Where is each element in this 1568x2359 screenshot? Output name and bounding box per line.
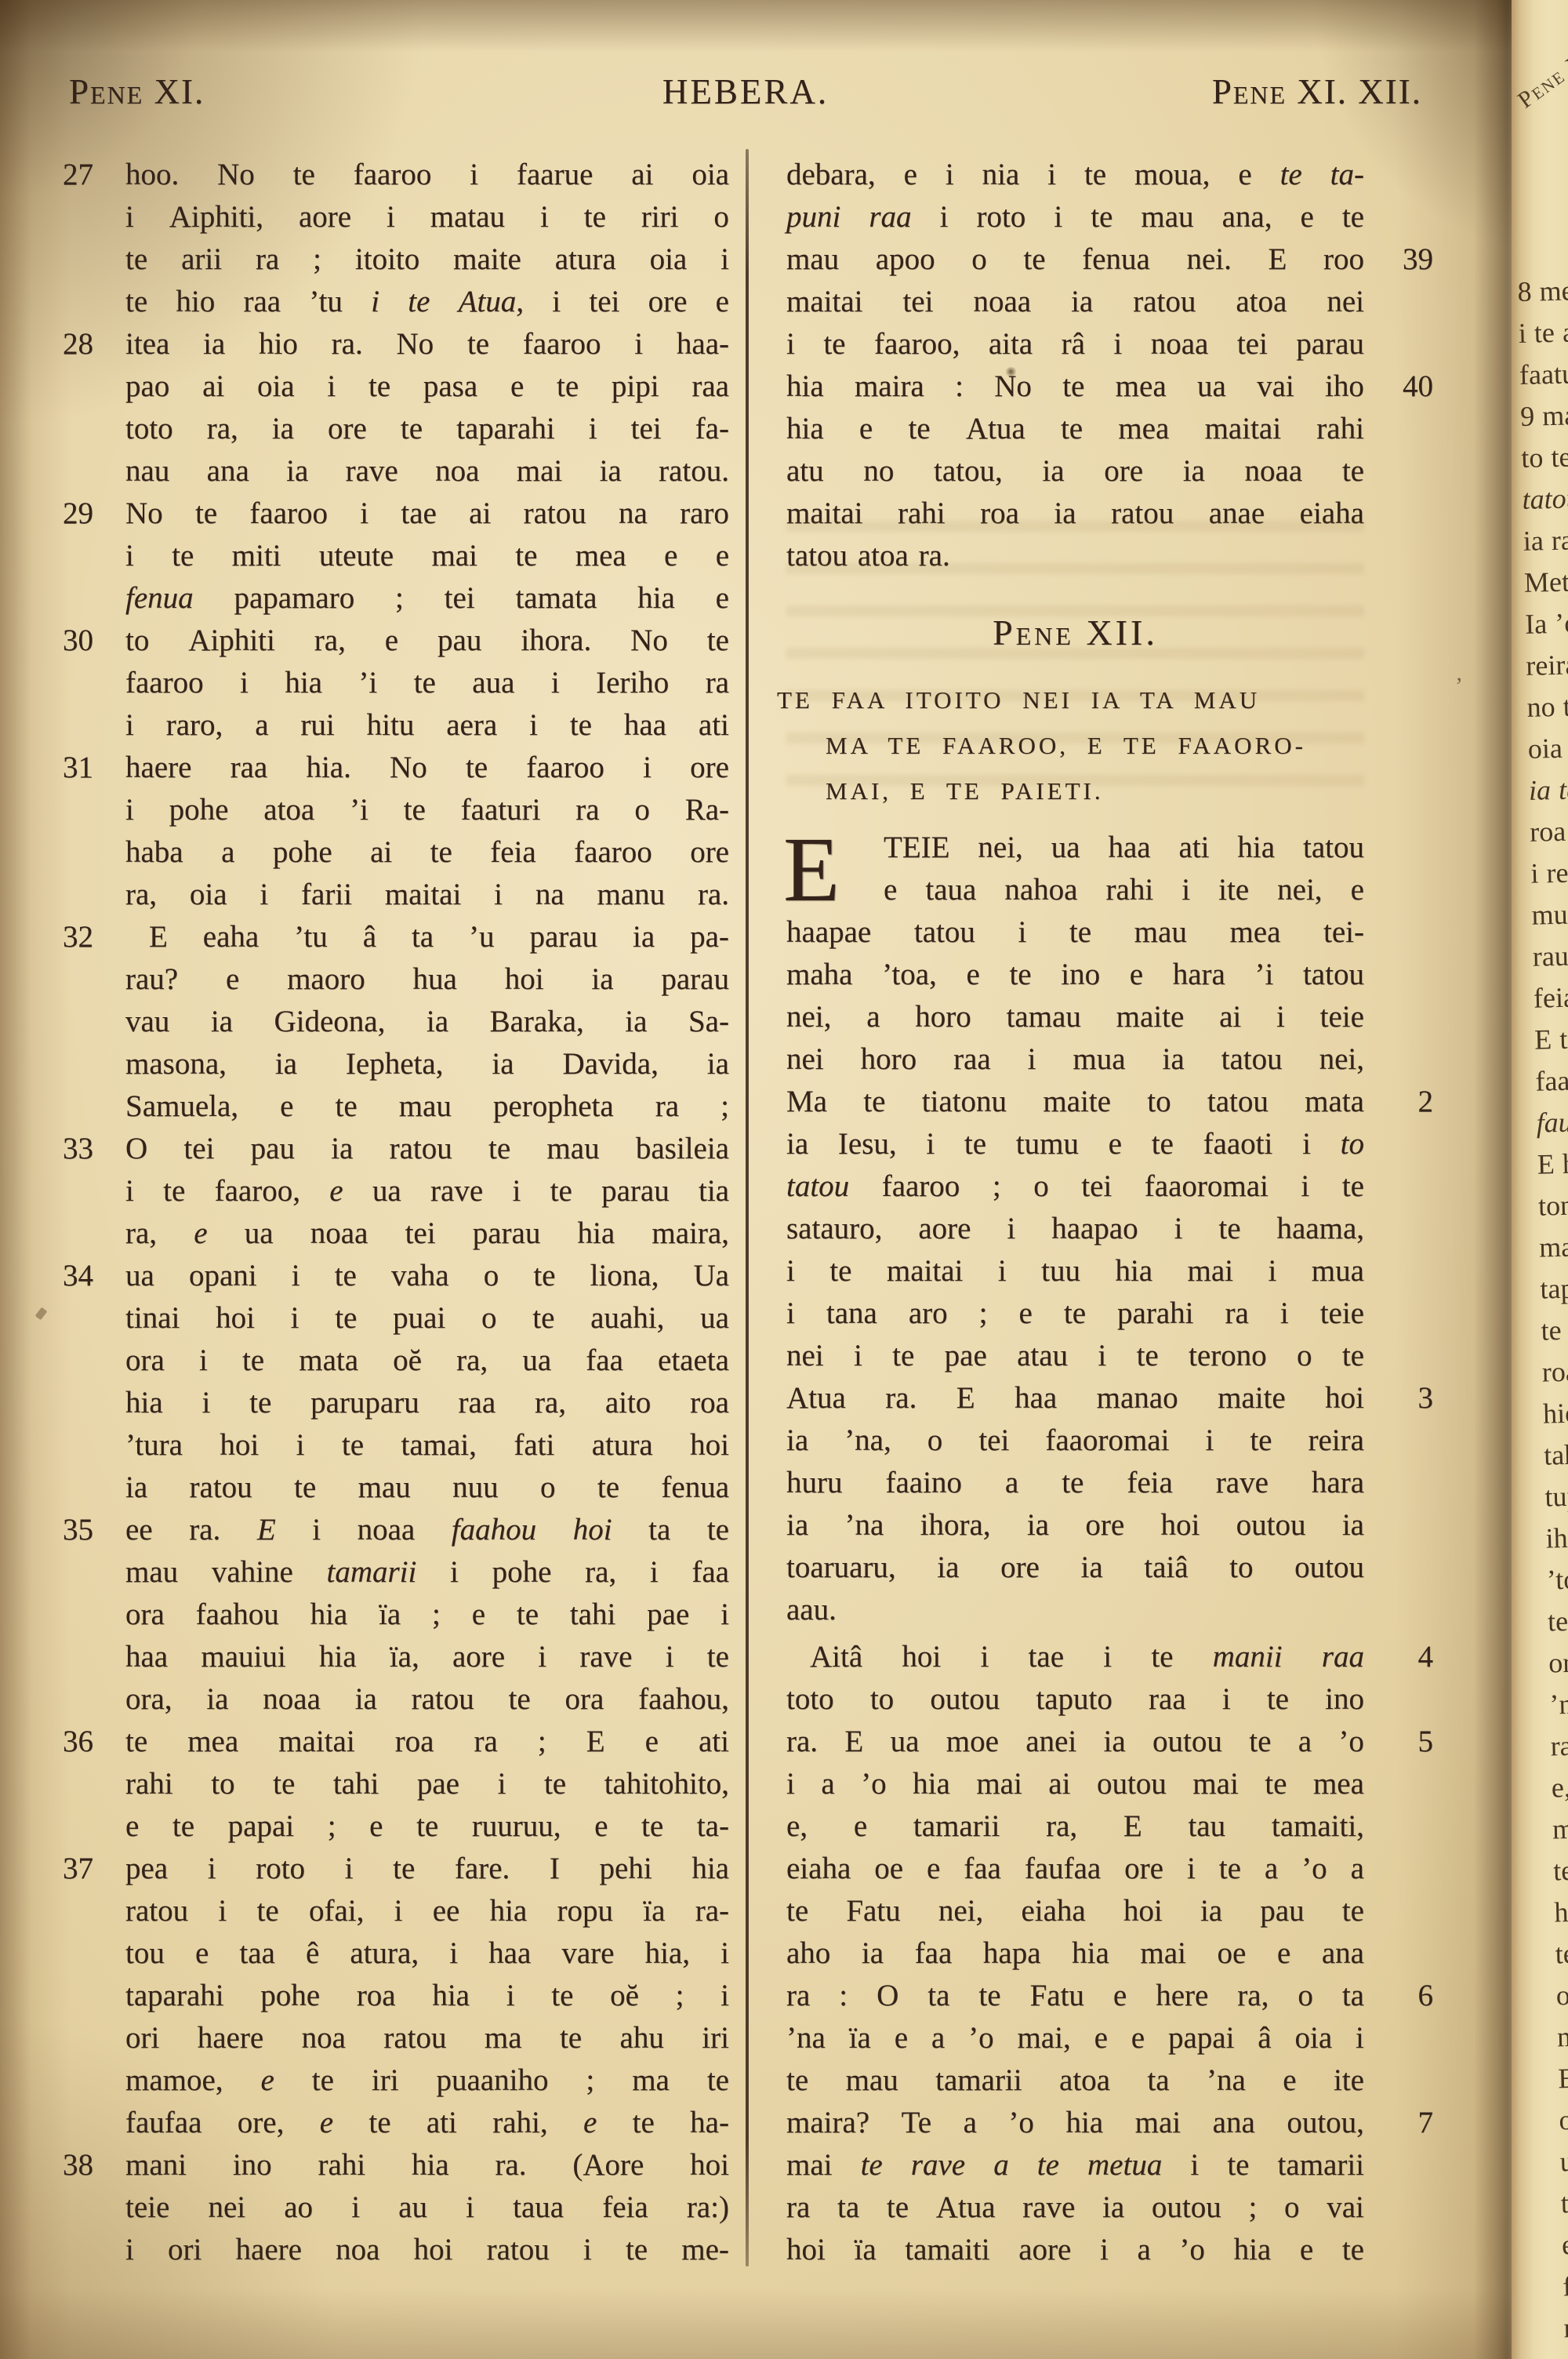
text-line: 33Oteipauiaratoutemaubasileia [125,1128,729,1170]
adjacent-page-text-fragments: 8metuaitea’faaturi9mau.totetatou,iarahiM… [1517,267,1568,2349]
text-line: itefaaroo,aitarâinoaateiparau [786,323,1364,365]
page-fragment-line: hapar [1554,1888,1568,1934]
page-fragment-line: iarahi [1523,517,1568,562]
text-line: 4Aitâhoiitaeitemaniiraa [786,1636,1364,1678]
text-line: hiaeteAtuatemeamaitairahi [786,408,1364,450]
text-line: 37peairotoitefare.Ipehihia [125,1848,729,1890]
text-line: totora,iaoretetaparahiiteifa- [125,408,729,450]
page-fragment-line: ore,ma [1548,1639,1568,1685]
text-line: 34uaopaniitevahaoteliona,Ua [125,1255,729,1297]
text-line: orihaerenoaratoumateahuiri [125,2017,729,2059]
text-line: debara,einiaitemoua,eteta- [786,154,1364,196]
text-line: temautamariiatoata’naeite [786,2059,1364,2102]
verse-number: 3 [1418,1377,1434,1419]
text-line: Samuela,etemauperophetara; [125,1085,729,1128]
text-line: itefaaroo,euaraveiteparautia [125,1170,729,1212]
text-line: ipoheatoa’itefaaturiraoRa- [125,789,729,831]
page-fragment-line: itea’ [1518,309,1568,354]
verse-number: 27 [63,154,93,196]
text-line: puniraairotoitemauana,ete [786,196,1364,238]
page-fragment-line: Eter [1534,1016,1568,1061]
column-divider-rule [746,149,749,2266]
text-line: toaruaru,iaoreiataiâtooutou [786,1547,1364,1589]
text-line: ia’ohiamaiaioutoumaitemea [786,1763,1364,1805]
second-paragraph: 4Aitâhoiitaeitemaniiraatototooutoutaputo… [786,1636,1364,2271]
text-line: ratateAtuaraveiaoutou;ovai [786,2186,1364,2229]
text-line: 30toAiphitira,epauihora.Note [125,620,729,662]
verse-number: 39 [1403,238,1433,281]
text-line: ra,oiaifariimaitaiinamanura. [125,874,729,916]
page-fragment-line: muria [1552,1805,1568,1851]
text-line: aau. [786,1589,1364,1631]
text-line: teariira;itoitomaiteaturaoiai [125,238,729,281]
verse-number: 38 [63,2144,93,2186]
text-line: 29Notefaarooitaeairatounararo [125,493,729,535]
text-line: ia’na,oteifaaoromaiitereira [786,1419,1364,1462]
page-fragment-line: muriae [1531,891,1568,936]
text-line: iraro,aruihituaeraitehaaati [125,704,729,747]
text-line: maitaiteinoaaiaratouatoanei [786,281,1364,323]
text-line: ’turahoiitetamai,fatiaturahoi [125,1424,729,1467]
page-fragment-line: roahoi [1530,808,1568,853]
text-line: 27hoo.Notefaarooifaarueaioia [125,154,729,196]
text-line: ia’naihora,iaorehoioutouia [786,1504,1364,1547]
text-line: 38maniinorahihiara.(Aorehoi [125,2144,729,2186]
page-fragment-line: tahiite [1544,1431,1568,1477]
page-fragment-line: tupun [1544,1473,1568,1518]
verse-number: 2 [1418,1081,1434,1123]
verse-number: 28 [63,323,93,365]
text-line: tinaihoiitepuaioteauahi,ua [125,1297,729,1339]
page-fragment-line: roaïae [1541,1348,1568,1394]
page-fragment-line: 9mau. [1520,392,1568,438]
page-fragment-line: Eere [1558,2055,1568,2100]
chapter-opening-paragraph: E TEIEnei,uahaaatihiatatouetauanahoarahi… [786,827,1364,1631]
page-fragment-line: feiaih [1533,974,1568,1020]
text-line: rahitotetahipaeitetahitohito, [125,1763,729,1805]
page-fragment-line: uara, [1559,2138,1568,2183]
page-fragment-line: mata. [1557,2013,1568,2059]
page-fragment-line: rautia [1532,932,1568,978]
text-line: 32Eeaha’tuâta’uparauiapa- [125,916,729,958]
text-line: hoiïatamaitiaoreia’ohiaete [786,2229,1364,2271]
page-fragment-line: oiaiaf [1527,725,1568,770]
verse-number: 37 [63,1848,93,1890]
text-line: ahoiafaahapahiamaioeeana [786,1932,1364,1975]
text-line: haamauiuihiaïa,aoreiraveite [125,1636,729,1678]
verse-number: 5 [1418,1721,1434,1763]
page-fragment-line: faueta [1536,1099,1568,1144]
text-line: 7maira?Tea’ohiamaianaoutou, [786,2102,1364,2144]
page-fragment-line: tote [1521,434,1568,479]
text-line: paoaioiaitepasaetepipiraa [125,365,729,408]
text-line: habaapoheaitefeiafaarooore [125,831,729,874]
page-fragment-line: feiaif [1563,2263,1568,2308]
page-fragment-line: tonava [1537,1182,1568,1227]
text-line: itemitiuteutemaitemeaee [125,535,729,577]
verse-number: 4 [1418,1636,1434,1678]
text-line: vauiaGideona,iaBaraka,iaSa- [125,1001,729,1043]
adjacent-page-header-fragment: Pene XI [1513,42,1568,114]
text-line: orafaahouhiaïa;etetahipaei [125,1594,729,1636]
verse-number: 30 [63,620,93,662]
page-fragment-line: oiaite [1555,1972,1568,2017]
page-fragment-line: Metua [1523,558,1568,604]
text-line: hiaiteparuparuraara,aitoroa [125,1382,729,1424]
page-fragment-line: ireira [1530,849,1568,895]
page-fragment-line: faaturi [1519,351,1568,396]
text-line: nei,ahorotamaumaiteaiiteie [786,996,1364,1038]
verse-number: 36 [63,1721,93,1763]
page-fragment-line: roaïa [1563,2304,1568,2350]
text-line: iorihaerenoahoiratouiteme- [125,2229,729,2271]
text-line: etepapai;eteruuruu,eteta- [125,1805,729,1848]
adjacent-page-edge: Pene XI 8metuaitea’faaturi9mau.totetatou… [1512,0,1568,2359]
running-head-right: Pene XI. XII. [1212,67,1422,116]
text-line: faufaaore,eteatirahi,eteha- [125,2102,729,2144]
verse-number: 6 [1418,1975,1434,2017]
verse-number: 29 [63,493,93,535]
text-line: 39mauapoootefenuanei.Eroo [786,238,1364,281]
page-fragment-line: teiteat [1555,1930,1568,1976]
text-line: faarooihia’iteauaiIerihora [125,662,729,704]
stray-apostrophe-mark: ’ [1455,673,1463,700]
text-line: 6ra:OtateFatueherera,ota [786,1975,1364,2017]
text-line: etauanahoarahiiitenei,e [786,869,1364,911]
text-line: 31haereraahia.Notefaarooiore [125,747,729,789]
text-line: itanaaro;eteparahiraiteie [786,1292,1364,1335]
text-line: masona,iaIepheta,iaDavida,ia [125,1043,729,1085]
page-fragment-line: eteha [1562,2221,1568,2266]
page-fragment-line: tehia [1553,1847,1568,1892]
text-line: 28iteaiahiora.Notefaarooihaa- [125,323,729,365]
page-fragment-line: 8metua [1517,267,1568,313]
margin-mark [35,1307,48,1321]
text-line: teieneiaoiauitauafeiara:) [125,2186,729,2229]
text-line: tehioraa’tuiteAtua,iteioree [125,281,729,323]
text-line: ratouiteofai,ieehiaropuïara- [125,1890,729,1932]
running-head: Pene XI. HEBERA. Pene XI. XII. [69,67,1422,116]
page-fragment-line: temait [1541,1307,1568,1352]
text-line: teFatunei,eiahahoiiapaute [786,1890,1364,1932]
page-fragment-line: maoia [1539,1223,1568,1269]
text-line: eiahaoeefaafaufaaoreitea’oa [786,1848,1364,1890]
text-line: 35eera.Einoaafaahouhoitate [125,1509,729,1551]
text-line: e,etamariira,Etautamaiti, [786,1805,1364,1848]
page-fragment-line: tetahi [1547,1598,1568,1643]
text-line: neiitepaeatauiteteronoote [786,1335,1364,1377]
scanned-book-page: Pene XI. HEBERA. Pene XI. XII. 27hoo.Not… [0,0,1568,2359]
text-line: oraitemataoĕra,uafaaetaeta [125,1339,729,1382]
text-line: tatoufaaroo;oteifaaoromaiite [786,1165,1364,1208]
left-column-lines: 27hoo.NotefaarooifaarueaioiaiAiphiti,aor… [125,154,729,2271]
page-fragment-line: ’narat [1549,1681,1568,1726]
text-line: iAiphiti,aoreimatauiteririo [125,196,729,238]
text-line: mamoe,eteiripuaaniho;mate [125,2059,729,2102]
text-line: tototooutoutaputoraaiteino [786,1678,1364,1721]
text-line: TEIEnei,uahaaatihiatatou [786,827,1364,869]
page-fragment-line: tapiite [1540,1265,1568,1310]
text-line: hurufaainoatefeiaravehara [786,1462,1364,1504]
text-line: atunotatou,iaoreianoaate [786,450,1364,493]
text-line: ora,ianoaaiaratouteorafaahou, [125,1678,729,1721]
text-line: maha’toa,eteinoehara’itatou [786,954,1364,996]
text-line: 40hiamaira:Notemeauavaiiho [786,365,1364,408]
text-line: 2Matetiatonumaitetotatoumata [786,1081,1364,1123]
text-line: fenuapapamaro;teitamatahiae [125,577,729,620]
page-fragment-line: raamaa [1550,1722,1568,1768]
page-fragment-line: reirar [1526,642,1568,687]
text-line: ra,euanoaateiparauhiamaira, [125,1212,729,1255]
text-line: satauro,aoreihaapaoitehaama, [786,1208,1364,1250]
page-fragment-line: tatou, [1522,475,1568,521]
ink-spot-blemish [1005,367,1017,376]
verse-number: 31 [63,747,93,789]
page-fragment-line: hioma [1542,1390,1568,1435]
page-fragment-line: iatato [1528,766,1568,812]
text-line: 5ra.Euamoeaneiiaoutoutea’o [786,1721,1364,1763]
text-line: mauvahinetamariiipohera,ifaa [125,1551,729,1594]
verse-number: 40 [1403,365,1433,408]
page-fragment-line: Ehaaa [1537,1140,1568,1186]
text-line: nauanaiaravenoamaiiaratou. [125,450,729,493]
verse-number: 33 [63,1128,93,1170]
text-line: itemaitaiituuhiamaiimua [786,1250,1364,1292]
left-text-column: 27hoo.NotefaarooifaarueaioiaiAiphiti,aor… [125,154,729,2271]
page-fragment-line: ihorao [1545,1514,1568,1560]
page-fragment-line: faataut [1535,1057,1568,1103]
text-line: haapaetatouitemaumeatei- [786,911,1364,954]
page-gutter-shadow [1474,0,1515,2359]
text-line: 36temeamaitairoara;Eeati [125,1721,729,1763]
text-line: touetaaêatura,ihaavarehia,i [125,1932,729,1975]
page-fragment-line: tepour [1560,2179,1568,2225]
page-fragment-line: e,iano [1551,1764,1568,1809]
verse-number: 32 [63,916,93,958]
verse-number: 34 [63,1255,93,1297]
page-fragment-line: outoui [1559,2096,1568,2142]
verso-show-through [786,499,1364,809]
verse-number: 35 [63,1509,93,1551]
text-line: 3Atuara.Ehaamanaomaitehoi [786,1377,1364,1419]
text-line: iaIesu,itetumuetefaaotiito [786,1123,1364,1165]
text-line: maiteraveatemetuaitetamarii [786,2144,1364,2186]
text-line: ’naïaea’omai,eepapaiâoiai [786,2017,1364,2059]
text-line: iaratoutemaunuuotefenua [125,1467,729,1509]
text-line: rau?emaorohuahoiiaparau [125,958,729,1001]
verse-number: 7 [1418,2102,1434,2144]
page-fragment-line: ’toaer [1546,1556,1568,1601]
page-fragment-line: noto [1526,683,1568,729]
text-line: neihororaaimuaiatatounei, [786,1038,1364,1081]
page-fragment-line: Ia’oi [1525,600,1568,645]
text-line: taparahipoheroahiaiteoĕ;i [125,1975,729,2017]
